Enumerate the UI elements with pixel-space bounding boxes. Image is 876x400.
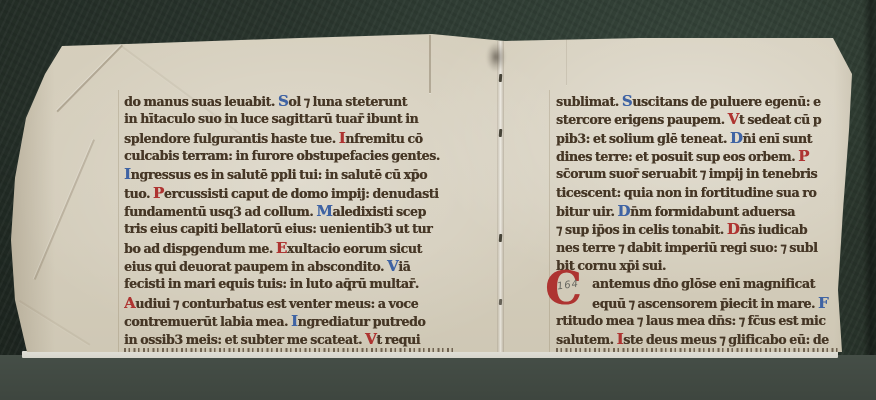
manuscript-text-line: dines terre: et posuit sup eos orbem. P <box>556 147 856 165</box>
manuscript-text-line: pib3: et solium glē teneat. Dn̄i enī sun… <box>556 129 856 147</box>
text-segment: iā <box>398 259 410 274</box>
colored-initial-blue: S <box>278 92 288 110</box>
text-segment: n̄s iudicab <box>739 222 807 237</box>
colored-initial-red: P <box>798 147 809 165</box>
text-segment: n̄i enī sunt <box>742 131 811 146</box>
manuscript-text-line: tuo. Percussisti caput de domo impij: de… <box>124 184 462 202</box>
manuscript-text-line: in hītaculo suo in luce sagittarū tuar̄ … <box>124 110 462 128</box>
text-segment: fundamentū usq3 ad collum. <box>124 204 316 219</box>
stitch-slit <box>499 299 502 305</box>
text-segment: nfremitu cō <box>345 131 422 146</box>
text-segment: tris eius capiti bellatorū eius: uenient… <box>124 221 432 236</box>
text-segment: splendore fulgurantis haste tue. <box>124 131 339 146</box>
manuscript-text-line: stercore erigens paupem. Vt sedeat cū p <box>556 110 856 128</box>
text-segment: ticescent: quia non in fortitudine sua r… <box>556 185 816 200</box>
colored-initial-red: A <box>124 294 135 312</box>
text-segment: do manus suas leuabit. <box>124 94 278 109</box>
text-segment: antemus dn̄o glōse enī magnificat <box>592 276 815 291</box>
colored-initial-blue: I <box>291 312 298 330</box>
manuscript-text-line: nes terre ⁊ dabit imperiū regi suo: ⁊ su… <box>556 239 856 257</box>
colored-initial-red: V <box>365 330 376 348</box>
manuscript-text-line: sc̄orum suor̄ seruabit ⁊ impij in tenebr… <box>556 165 856 183</box>
cut-text-remnant-left <box>124 348 454 352</box>
manuscript-text-line: in ossib3 meis: et subter me scateat. Vt… <box>124 330 462 348</box>
manuscript-text-line: antemus dn̄o glōse enī magnificat <box>556 275 856 293</box>
manuscript-text-line: fecisti in mari equis tuis: in luto aq̄r… <box>124 275 462 293</box>
center-fold <box>497 41 504 352</box>
parchment-crease <box>34 139 95 280</box>
text-segment: t sedeat cū p <box>739 112 821 127</box>
manuscript-text-line: culcabis terram: in furore obstupefacies… <box>124 147 462 165</box>
large-initial-C: C 164 <box>545 266 589 310</box>
colored-initial-red: P <box>153 184 164 202</box>
text-segment: ol ⁊ luna steterunt <box>288 94 407 109</box>
manuscript-text-line: bit cornu xp̄i sui. <box>556 257 856 275</box>
manuscript-text-line: bo ad dispgendum me. Exultacio eorum sic… <box>124 239 462 257</box>
colored-initial-red: D <box>727 220 740 238</box>
text-column-right: sublimat. Suscitans de puluere egenū: es… <box>556 92 856 349</box>
manuscript-text-line: Audiui ⁊ conturbatus est venter meus: a … <box>124 294 462 312</box>
parchment-crease <box>566 37 567 85</box>
manuscript-text-line: splendore fulgurantis haste tue. Infremi… <box>124 129 462 147</box>
colored-initial-blue: D <box>617 202 630 220</box>
text-segment: bo ad dispgendum me. <box>124 241 276 256</box>
text-segment: nes terre ⁊ dabit imperiū regi suo: ⁊ su… <box>556 240 817 255</box>
text-segment: in ossib3 meis: et subter me scateat. <box>124 332 365 347</box>
text-segment: uscitans de puluere egenū: e <box>632 94 820 109</box>
manuscript-text-line: ticescent: quia non in fortitudine sua r… <box>556 184 856 202</box>
text-segment: ngressus es in salutē ppli tui: in salut… <box>131 167 427 182</box>
text-segment: rtitudo mea ⁊ laus mea dn̄s: ⁊ fc̄us est… <box>556 313 826 328</box>
manuscript-text-line: fundamentū usq3 ad collum. Maledixisti s… <box>124 202 462 220</box>
manuscript-photo: do manus suas leuabit. Sol ⁊ luna steter… <box>0 0 876 400</box>
text-column-left: do manus suas leuabit. Sol ⁊ luna steter… <box>124 92 462 349</box>
colored-initial-blue: F <box>818 294 828 312</box>
manuscript-text-line: rtitudo mea ⁊ laus mea dn̄s: ⁊ fc̄us est… <box>556 312 856 330</box>
parchment-crease <box>57 45 123 112</box>
colored-initial-red: E <box>276 239 287 257</box>
text-segment: n̄m formidabunt aduersa <box>630 204 795 219</box>
parchment-crease <box>429 35 431 93</box>
colored-initial-blue: D <box>730 129 743 147</box>
colored-initial-blue: I <box>124 165 131 183</box>
text-segment: ⁊ sup ip̄os in celis tonabit. <box>556 222 727 237</box>
ink-smudge <box>486 42 506 72</box>
manuscript-text-line: sublimat. Suscitans de puluere egenū: e <box>556 92 856 110</box>
mat-light-edge <box>22 351 838 358</box>
text-segment: culcabis terram: in furore obstupefacies… <box>124 148 440 163</box>
colored-initial-blue: M <box>316 202 332 220</box>
colored-initial-red: V <box>728 110 739 128</box>
manuscript-text-line: Ingressus es in salutē ppli tui: in salu… <box>124 165 462 183</box>
parchment-crease <box>19 300 90 345</box>
text-segment: t requi <box>376 332 420 347</box>
parchment-fragment: do manus suas leuabit. Sol ⁊ luna steter… <box>0 0 876 400</box>
manuscript-text-line: tris eius capiti bellatorū eius: uenient… <box>124 220 462 238</box>
text-segment: stercore erigens paupem. <box>556 112 728 127</box>
manuscript-text-line: do manus suas leuabit. Sol ⁊ luna steter… <box>124 92 462 110</box>
text-segment: udiui ⁊ conturbatus est venter meus: a v… <box>135 296 418 311</box>
cut-text-remnant-right <box>556 348 840 352</box>
text-segment: salutem. <box>556 332 617 347</box>
text-segment: sc̄orum suor̄ seruabit ⁊ impij in tenebr… <box>556 166 817 181</box>
text-segment: tuo. <box>124 186 153 201</box>
gray-mat-band <box>0 355 876 400</box>
text-segment: ste deus meus ⁊ glificabo eū: de <box>623 332 829 347</box>
manuscript-text-line: bitur uir. Dn̄m formidabunt aduersa <box>556 202 856 220</box>
text-segment: ngrediatur putredo <box>298 314 426 329</box>
text-segment: fecisti in mari equis tuis: in luto aq̄r… <box>124 276 419 291</box>
text-segment: pib3: et solium glē teneat. <box>556 131 730 146</box>
manuscript-text-line: ⁊ sup ip̄os in celis tonabit. Dn̄s iudic… <box>556 220 856 238</box>
text-segment: xultacio eorum sicut <box>287 241 422 256</box>
text-segment: dines terre: et posuit sup eos orbem. <box>556 149 798 164</box>
manuscript-text-line: salutem. Iste deus meus ⁊ glificabo eū: … <box>556 330 856 348</box>
ruling-line <box>118 90 119 352</box>
colored-initial-blue: S <box>622 92 632 110</box>
manuscript-text-line: eius qui deuorat paupem in abscondito. V… <box>124 257 462 275</box>
manuscript-text-line: equū ⁊ ascensorem p̄iecit in mare. F <box>556 294 856 312</box>
text-segment: eius qui deuorat paupem in abscondito. <box>124 259 387 274</box>
text-segment: sublimat. <box>556 94 622 109</box>
colored-initial-blue: V <box>387 257 398 275</box>
text-segment: equū ⁊ ascensorem p̄iecit in mare. <box>592 296 818 311</box>
leather-cover-edge <box>863 0 876 400</box>
text-segment: aledixisti scep <box>332 204 426 219</box>
text-segment: contremuerūt labia mea. <box>124 314 291 329</box>
text-segment: bitur uir. <box>556 204 617 219</box>
text-segment: ercussisti caput de domo impij: denudast… <box>164 186 439 201</box>
text-segment: in hītaculo suo in luce sagittarū tuar̄ … <box>124 111 418 126</box>
manuscript-text-line: contremuerūt labia mea. Ingrediatur putr… <box>124 312 462 330</box>
